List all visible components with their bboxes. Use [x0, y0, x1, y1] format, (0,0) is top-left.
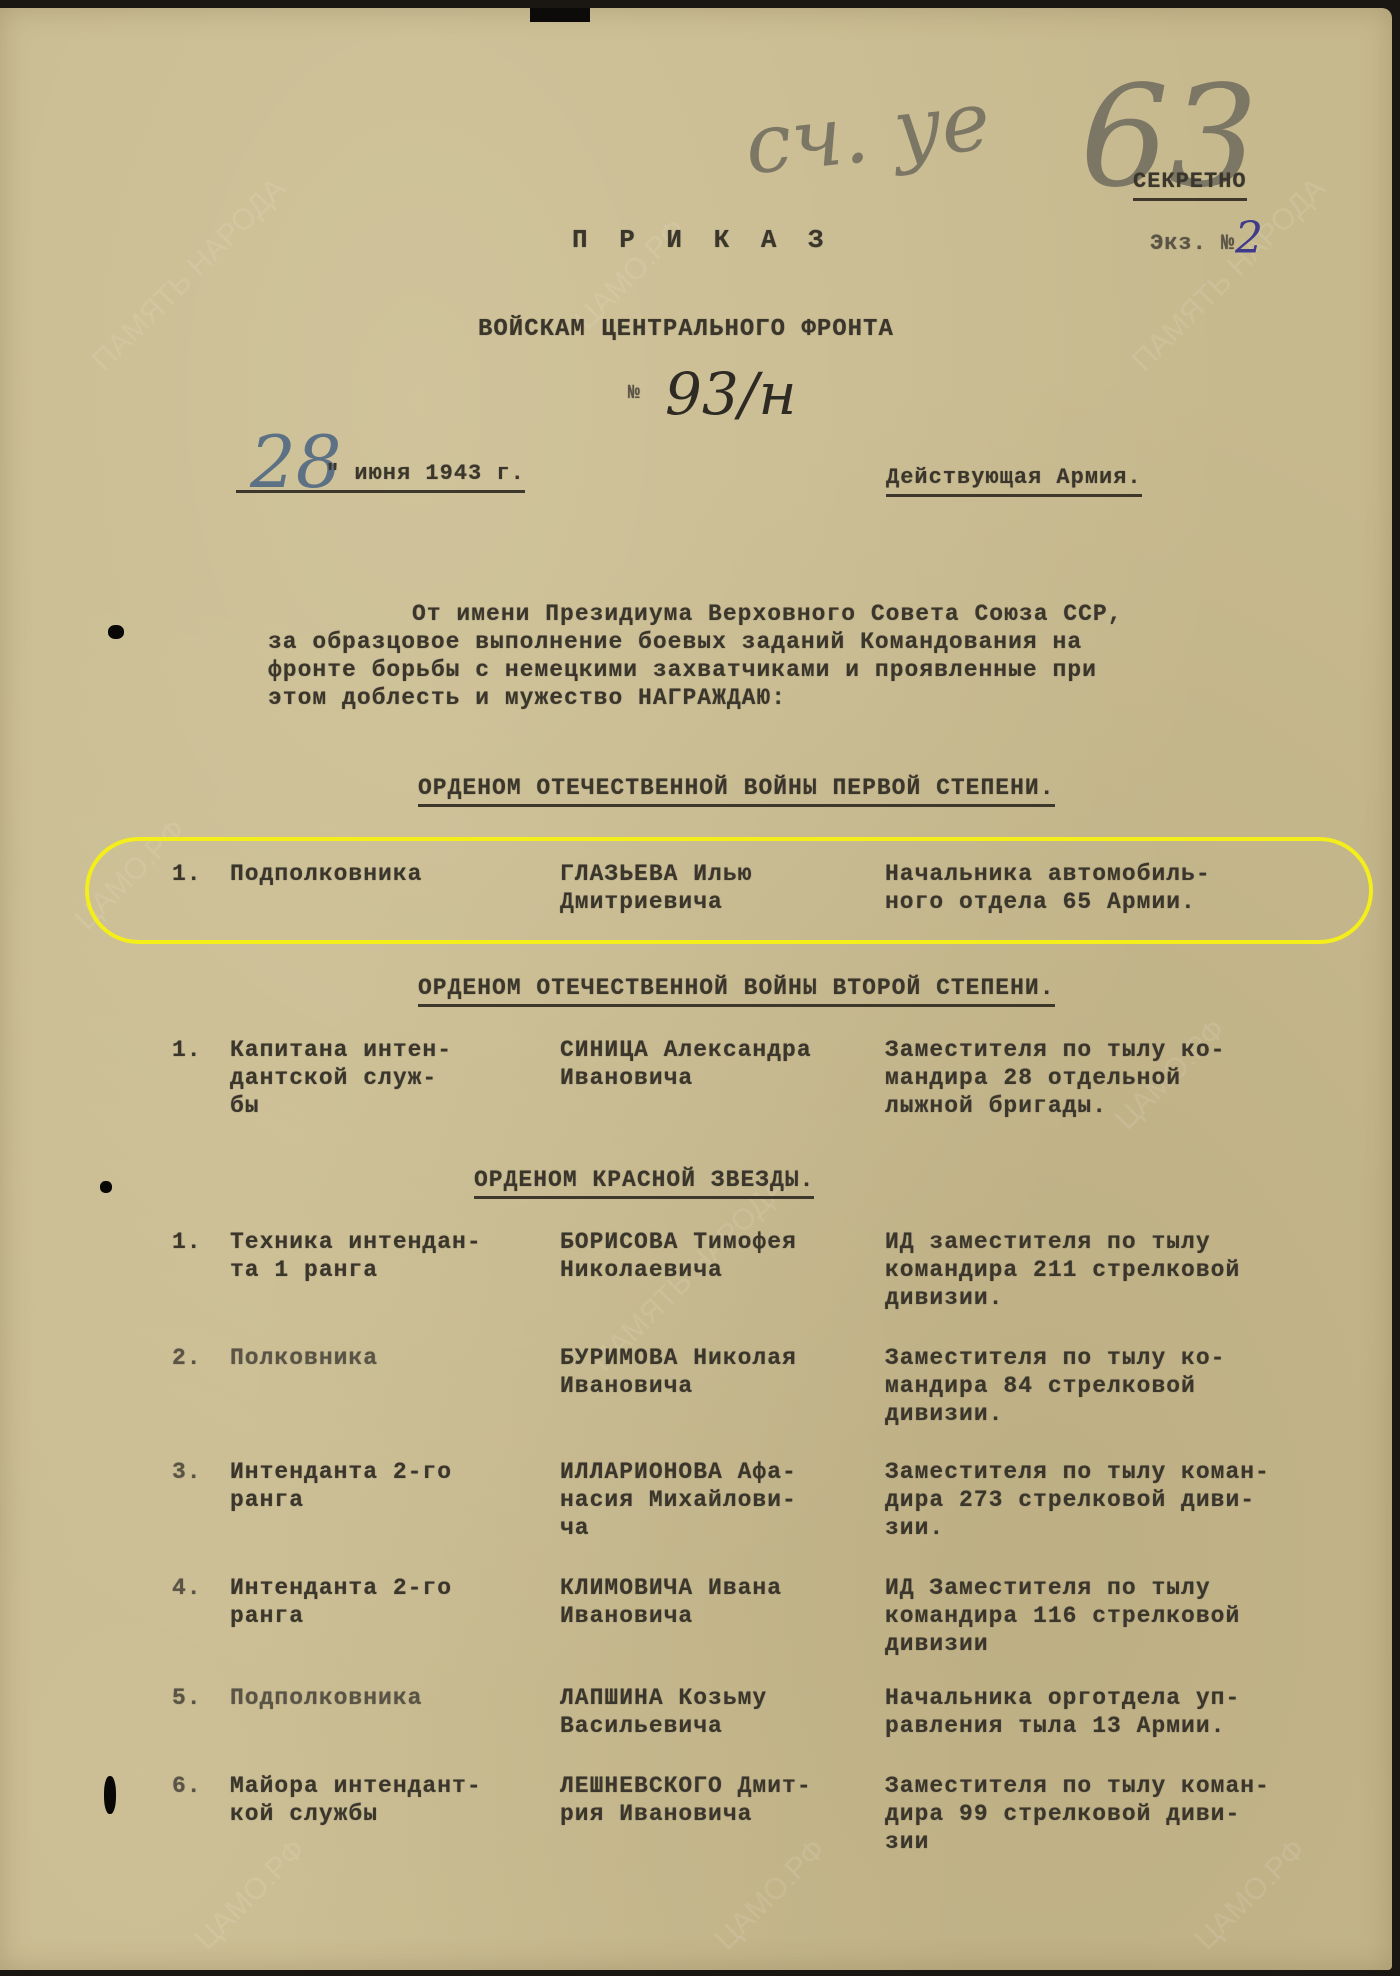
- punch-hole: [104, 1776, 116, 1814]
- entry-position: Заместителя по тылу ко-: [885, 1036, 1225, 1064]
- entry-position: дира 99 стрелковой диви-: [885, 1800, 1240, 1828]
- entry-name: ИЛЛАРИОНОВА Афа-: [560, 1458, 797, 1486]
- entry-rank: Майора интендант-: [230, 1772, 482, 1800]
- entry-rank: кой службы: [230, 1800, 378, 1828]
- entry-name: ЛЕШНЕВСКОГО Дмит-: [560, 1772, 812, 1800]
- entry-position: Заместителя по тылу коман-: [885, 1772, 1270, 1800]
- entry-name: Васильевича: [560, 1712, 723, 1740]
- entry-name: КЛИМОВИЧА Ивана: [560, 1574, 782, 1602]
- entry-position: дивизии.: [885, 1284, 1003, 1312]
- document-title: П Р И К А З: [572, 226, 832, 254]
- entry-position: Начальника автомобиль-: [885, 860, 1211, 888]
- entry-position: зии: [885, 1828, 929, 1856]
- entry-position: командира 211 стрелковой: [885, 1256, 1240, 1284]
- document-addressee: ВОЙСКАМ ЦЕНТРАЛЬНОГО ФРОНТА: [478, 316, 894, 344]
- watermark: ПАМЯТЬ НАРОДА: [86, 172, 293, 379]
- entry-rank: Подполковника: [230, 1684, 422, 1712]
- copy-number: 2: [1235, 213, 1263, 264]
- entry-name: СИНИЦА Александра: [560, 1036, 812, 1064]
- document-page: ПАМЯТЬ НАРОДА ЦАМО.РФ ПАМЯТЬ НАРОДА ЦАМО…: [0, 8, 1392, 1970]
- entry-position: дира 273 стрелковой диви-: [885, 1486, 1255, 1514]
- entry-position: дивизии: [885, 1630, 989, 1658]
- order-number-prefix: №: [628, 380, 641, 408]
- entry-name: ча: [560, 1514, 590, 1542]
- entry-position: равления тыла 13 Армии.: [885, 1712, 1225, 1740]
- entry-position: лыжной бригады.: [885, 1092, 1107, 1120]
- entry-number: 5.: [172, 1684, 202, 1712]
- entry-rank: ранга: [230, 1486, 304, 1514]
- entry-number: 1.: [172, 860, 202, 888]
- preamble-line: за образцовое выполнение боевых заданий …: [268, 628, 1082, 656]
- entry-name: ЛАПШИНА Козьму: [560, 1684, 767, 1712]
- location-line: Действующая Армия.: [886, 464, 1142, 497]
- entry-position: ного отдела 65 Армии.: [885, 888, 1196, 916]
- punch-hole: [108, 625, 124, 639]
- entry-rank: ранга: [230, 1602, 304, 1630]
- punch-hole: [100, 1181, 112, 1193]
- entry-name: Дмитриевича: [560, 888, 723, 916]
- classification-stamp: СЕКРЕТНО: [1133, 168, 1247, 201]
- entry-rank: та 1 ранга: [230, 1256, 378, 1284]
- copy-label: Экз. №: [1150, 230, 1235, 258]
- entry-position: командира 116 стрелковой: [885, 1602, 1240, 1630]
- entry-name: Ивановича: [560, 1064, 693, 1092]
- binding-tab: [530, 8, 590, 22]
- entry-number: 6.: [172, 1772, 202, 1800]
- entry-position: зии.: [885, 1514, 944, 1542]
- entry-position: дивизии.: [885, 1400, 1003, 1428]
- entry-rank: Техника интендан-: [230, 1228, 482, 1256]
- handwritten-note: сч. уе: [741, 73, 995, 193]
- watermark: ЦАМО.РФ: [1189, 1833, 1313, 1957]
- section-heading: ОРДЕНОМ КРАСНОЙ ЗВЕЗДЫ.: [474, 1166, 814, 1199]
- watermark: ЦАМО.РФ: [709, 1833, 833, 1957]
- entry-rank: бы: [230, 1092, 260, 1120]
- entry-position: мандира 84 стрелковой: [885, 1372, 1196, 1400]
- entry-number: 4.: [172, 1574, 202, 1602]
- section-heading: ОРДЕНОМ ОТЕЧЕСТВЕННОЙ ВОЙНЫ ВТОРОЙ СТЕПЕ…: [418, 974, 1055, 1007]
- entry-rank: Капитана интен-: [230, 1036, 452, 1064]
- entry-rank: Интенданта 2-го: [230, 1574, 452, 1602]
- preamble-line: От имени Президиума Верховного Совета Со…: [412, 600, 1123, 628]
- entry-number: 2.: [172, 1344, 202, 1372]
- section-heading: ОРДЕНОМ ОТЕЧЕСТВЕННОЙ ВОЙНЫ ПЕРВОЙ СТЕПЕ…: [418, 774, 1055, 807]
- entry-name: БОРИСОВА Тимофея: [560, 1228, 797, 1256]
- entry-position: мандира 28 отдельной: [885, 1064, 1181, 1092]
- entry-rank: Интенданта 2-го: [230, 1458, 452, 1486]
- entry-position: Заместителя по тылу коман-: [885, 1458, 1270, 1486]
- entry-name: ГЛАЗЬЕВА Илью: [560, 860, 752, 888]
- entry-name: Николаевича: [560, 1256, 723, 1284]
- entry-name: рия Ивановича: [560, 1800, 752, 1828]
- preamble-line: фронте борьбы с немецкими захватчиками и…: [268, 656, 1097, 684]
- entry-name: БУРИМОВА Николая: [560, 1344, 797, 1372]
- entry-position: ИД заместителя по тылу: [885, 1228, 1211, 1256]
- entry-rank: Подполковника: [230, 860, 422, 888]
- entry-position: Начальника орготдела уп-: [885, 1684, 1240, 1712]
- entry-rank: Полковника: [230, 1344, 378, 1372]
- entry-name: Ивановича: [560, 1602, 693, 1630]
- entry-number: 1.: [172, 1228, 202, 1256]
- entry-position: ИД Заместителя по тылу: [885, 1574, 1211, 1602]
- entry-position: Заместителя по тылу ко-: [885, 1344, 1225, 1372]
- entry-number: 1.: [172, 1036, 202, 1064]
- entry-name: Ивановича: [560, 1372, 693, 1400]
- date-line: " июня 1943 г.: [236, 460, 525, 493]
- preamble-line: этом доблесть и мужество НАГРАЖДАЮ:: [268, 684, 786, 712]
- order-number: 93/н: [665, 360, 797, 428]
- entry-rank: дантской служ-: [230, 1064, 437, 1092]
- watermark: ЦАМО.РФ: [189, 1833, 313, 1957]
- entry-number: 3.: [172, 1458, 202, 1486]
- entry-name: насия Михайлови-: [560, 1486, 797, 1514]
